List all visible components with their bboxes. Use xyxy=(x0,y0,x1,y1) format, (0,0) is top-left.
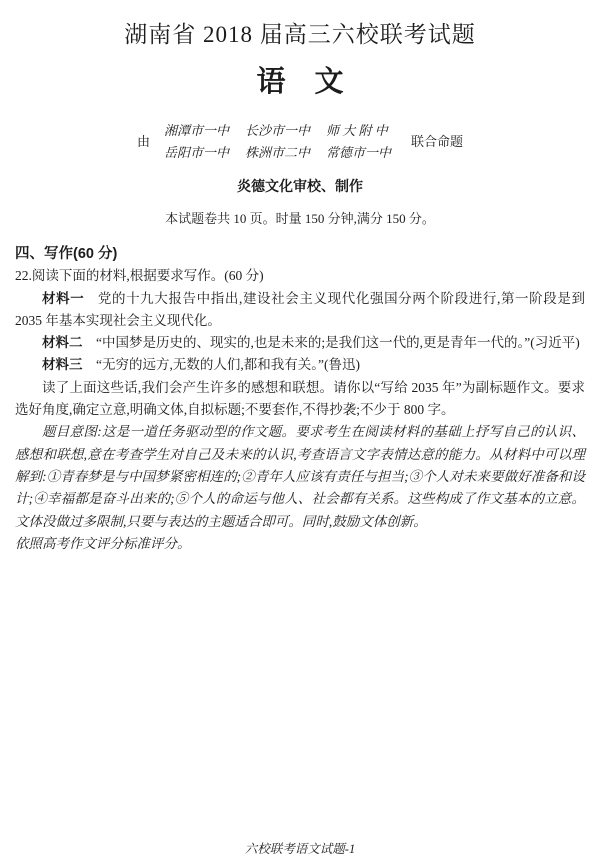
material-1-label: 材料一 xyxy=(42,291,84,306)
intent-paragraph: 题目意图:这是一道任务驱动型的作文题。要求考生在阅读材料的基础上抒写自己的认识、… xyxy=(15,421,585,532)
school-name: 株洲市二中 xyxy=(245,142,310,161)
material-2-label: 材料二 xyxy=(42,335,83,350)
question-stem: 22.阅读下面的材料,根据要求写作。(60 分) xyxy=(15,265,585,287)
school-row-2: 岳阳市一中 株洲市二中 常德市一中 xyxy=(164,142,391,161)
byline-prefix: 由 xyxy=(137,131,150,150)
school-name: 师 大 附 中 xyxy=(326,120,388,139)
material-3-text: “无穷的远方,无数的人们,都和我有关。”(鲁迅) xyxy=(96,357,360,372)
exam-info-line: 本试题卷共 10 页。时量 150 分钟,满分 150 分。 xyxy=(0,208,600,227)
byline: 由 湘潭市一中 长沙市一中 师 大 附 中 岳阳市一中 株洲市二中 常德市一中 … xyxy=(0,120,600,161)
material-2-text: “中国梦是历史的、现实的,也是未来的;是我们这一代的,更是青年一代的。”(习近平… xyxy=(96,335,580,350)
school-name: 长沙市一中 xyxy=(245,120,310,139)
school-name: 常德市一中 xyxy=(326,142,391,161)
exam-body: 四、写作(60 分) 22.阅读下面的材料,根据要求写作。(60 分) 材料一党… xyxy=(15,243,585,555)
scoring-note: 依照高考作文评分标准评分。 xyxy=(15,533,585,555)
school-list: 湘潭市一中 长沙市一中 师 大 附 中 岳阳市一中 株洲市二中 常德市一中 xyxy=(164,120,391,161)
school-name: 岳阳市一中 xyxy=(164,142,229,161)
material-3-label: 材料三 xyxy=(42,357,83,372)
material-1-text: 党的十九大报告中指出,建设社会主义现代化强国分两个阶段进行,第一阶段是到 203… xyxy=(15,291,585,328)
material-1: 材料一党的十九大报告中指出,建设社会主义现代化强国分两个阶段进行,第一阶段是到 … xyxy=(15,288,585,333)
school-name: 湘潭市一中 xyxy=(164,120,229,139)
material-2: 材料二“中国梦是历史的、现实的,也是未来的;是我们这一代的,更是青年一代的。”(… xyxy=(15,332,585,354)
page-title: 湖南省 2018 届高三六校联考试题 xyxy=(0,16,600,49)
producer-line: 炎德文化审校、制作 xyxy=(0,176,600,196)
school-row-1: 湘潭市一中 长沙市一中 师 大 附 中 xyxy=(164,120,391,139)
byline-suffix: 联合命题 xyxy=(411,131,463,150)
exam-page: 湖南省 2018 届高三六校联考试题 语 文 由 湘潭市一中 长沙市一中 师 大… xyxy=(0,0,600,867)
page-footer: 六校联考语文试题-1 xyxy=(0,839,600,857)
material-3: 材料三“无穷的远方,无数的人们,都和我有关。”(鲁迅) xyxy=(15,354,585,376)
section-heading: 四、写作(60 分) xyxy=(15,243,585,265)
task-paragraph: 读了上面这些话,我们会产生许多的感想和联想。请你以“写给 2035 年”为副标题… xyxy=(15,377,585,422)
subject-title: 语 文 xyxy=(0,59,600,100)
